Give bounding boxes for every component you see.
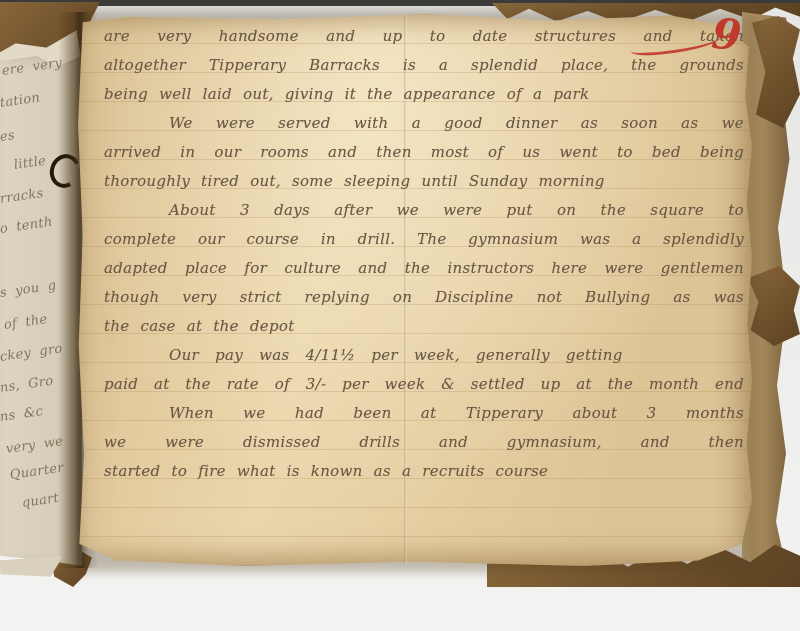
handwriting-line: paid at the rate of 3/- per week & settl…: [104, 370, 744, 399]
handwriting-line: started to fire what is known as a recru…: [104, 457, 744, 486]
handwriting-line: thoroughly tired out, some sleeping unti…: [104, 167, 744, 196]
handwriting-line: arrived in our rooms and then most of us…: [104, 138, 744, 167]
handwritten-text-block: are very handsome and up to date structu…: [104, 22, 744, 486]
handwriting-line: We were served with a good dinner as soo…: [104, 109, 744, 138]
handwriting-line: adapted place for culture and the instru…: [104, 254, 744, 283]
handwriting-line: though very strict replying on Disciplin…: [104, 283, 744, 312]
handwriting-line: Our pay was 4/11½ per week, generally ge…: [104, 341, 744, 370]
handwriting-line: we were dismissed drills and gymnasium, …: [104, 428, 744, 457]
left-page-text-fragment: es: [0, 128, 16, 145]
handwriting-line: being well laid out, giving it the appea…: [104, 80, 744, 109]
scanned-notebook-photo: ere very tation es little rracks o tenth…: [0, 0, 800, 631]
handwriting-line: complete our course in drill. The gymnas…: [104, 225, 744, 254]
handwriting-line: the case at the depot: [104, 312, 744, 341]
page-number: 9: [710, 13, 743, 58]
handwriting-line: When we had been at Tipperary about 3 mo…: [104, 399, 744, 428]
handwriting-line: About 3 days after we were put on the sq…: [104, 196, 744, 225]
